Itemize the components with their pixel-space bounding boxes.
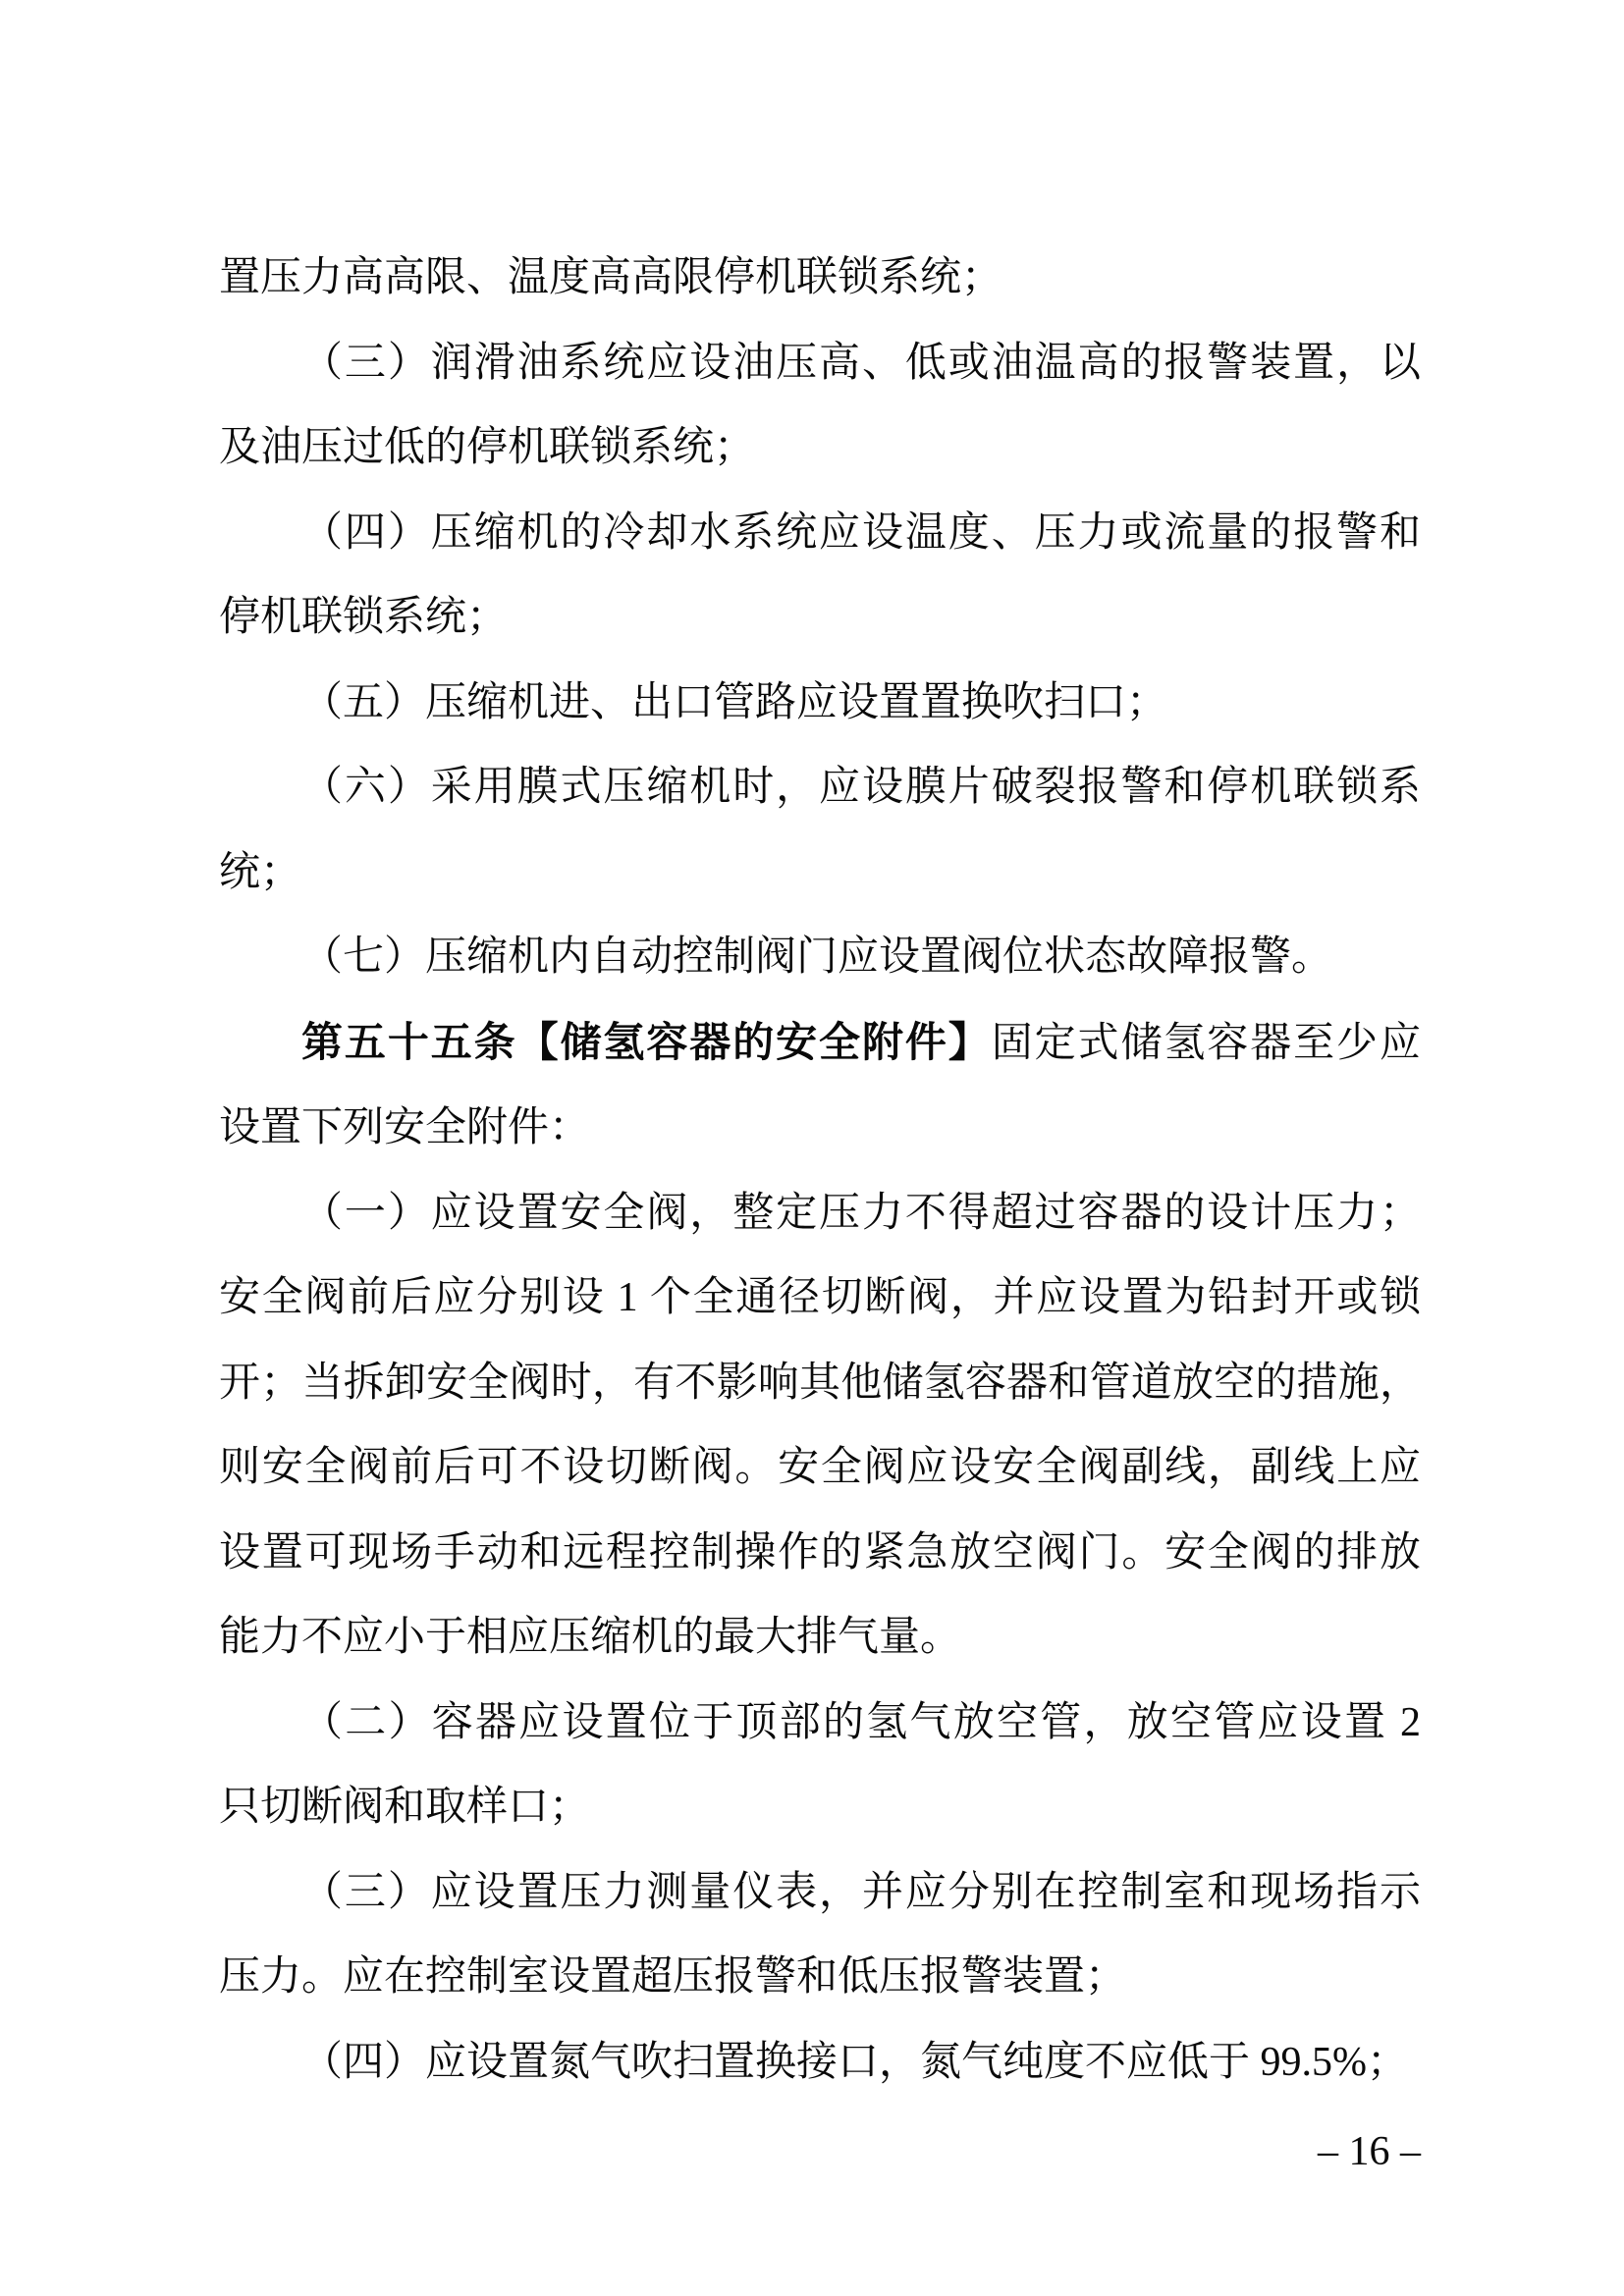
text-line-2: （三）润滑油系统应设油压高、低或油温高的报警装置，以 bbox=[219, 321, 1421, 406]
text-line-15: 则安全阀前后可不设切断阀。安全阀应设安全阀副线，副线上应 bbox=[219, 1425, 1421, 1511]
text-line-14: 开；当拆卸安全阀时，有不影响其他储氢容器和管道放空的措施， bbox=[219, 1341, 1421, 1426]
document-page: 置压力高高限、温度高高限停机联锁系统；（三）润滑油系统应设油压高、低或油温高的报… bbox=[0, 0, 1624, 2296]
text-block: 置压力高高限、温度高高限停机联锁系统；（三）润滑油系统应设油压高、低或油温高的报… bbox=[219, 236, 1421, 2105]
text-line-5: 停机联锁系统； bbox=[219, 575, 1421, 661]
text-line-21: 压力。应在控制室设置超压报警和低压报警装置； bbox=[219, 1935, 1421, 2020]
text-line-17: 能力不应小于相应压缩机的最大排气量。 bbox=[219, 1595, 1421, 1681]
text-line-12: （一）应设置安全阀，整定压力不得超过容器的设计压力； bbox=[219, 1171, 1421, 1256]
text-line-19: 只切断阀和取样口； bbox=[219, 1765, 1421, 1850]
text-line-18: （二）容器应设置位于顶部的氢气放空管，放空管应设置 2 bbox=[219, 1681, 1421, 1766]
text-line-8: 统； bbox=[219, 830, 1421, 916]
page-number: – 16 – bbox=[1318, 2128, 1421, 2175]
text-line-16: 设置可现场手动和远程控制操作的紧急放空阀门。安全阀的排放 bbox=[219, 1511, 1421, 1596]
text-line-4: （四）压缩机的冷却水系统应设温度、压力或流量的报警和 bbox=[219, 491, 1421, 576]
text-line-20: （三）应设置压力测量仪表，并应分别在控制室和现场指示 bbox=[219, 1850, 1421, 1936]
text-line-11: 设置下列安全附件： bbox=[219, 1086, 1421, 1171]
text-line-7: （六）采用膜式压缩机时，应设膜片破裂报警和停机联锁系 bbox=[219, 745, 1421, 830]
text-line-9: （七）压缩机内自动控制阀门应设置阀位状态故障报警。 bbox=[219, 915, 1421, 1000]
text-line-10: 第五十五条【储氢容器的安全附件】固定式储氢容器至少应 bbox=[219, 1000, 1421, 1087]
text-line-22: （四）应设置氮气吹扫置换接口，氮气纯度不应低于 99.5%； bbox=[219, 2020, 1421, 2106]
text-line-3: 及油压过低的停机联锁系统； bbox=[219, 405, 1421, 491]
text-line-1: 置压力高高限、温度高高限停机联锁系统； bbox=[219, 236, 1421, 321]
text-line-13: 安全阀前后应分别设 1 个全通径切断阀，并应设置为铅封开或锁 bbox=[219, 1255, 1421, 1341]
text-line-6: （五）压缩机进、出口管路应设置置换吹扫口； bbox=[219, 661, 1421, 746]
article-heading-bold: 第五十五条【储氢容器的安全附件】 bbox=[301, 1019, 992, 1065]
